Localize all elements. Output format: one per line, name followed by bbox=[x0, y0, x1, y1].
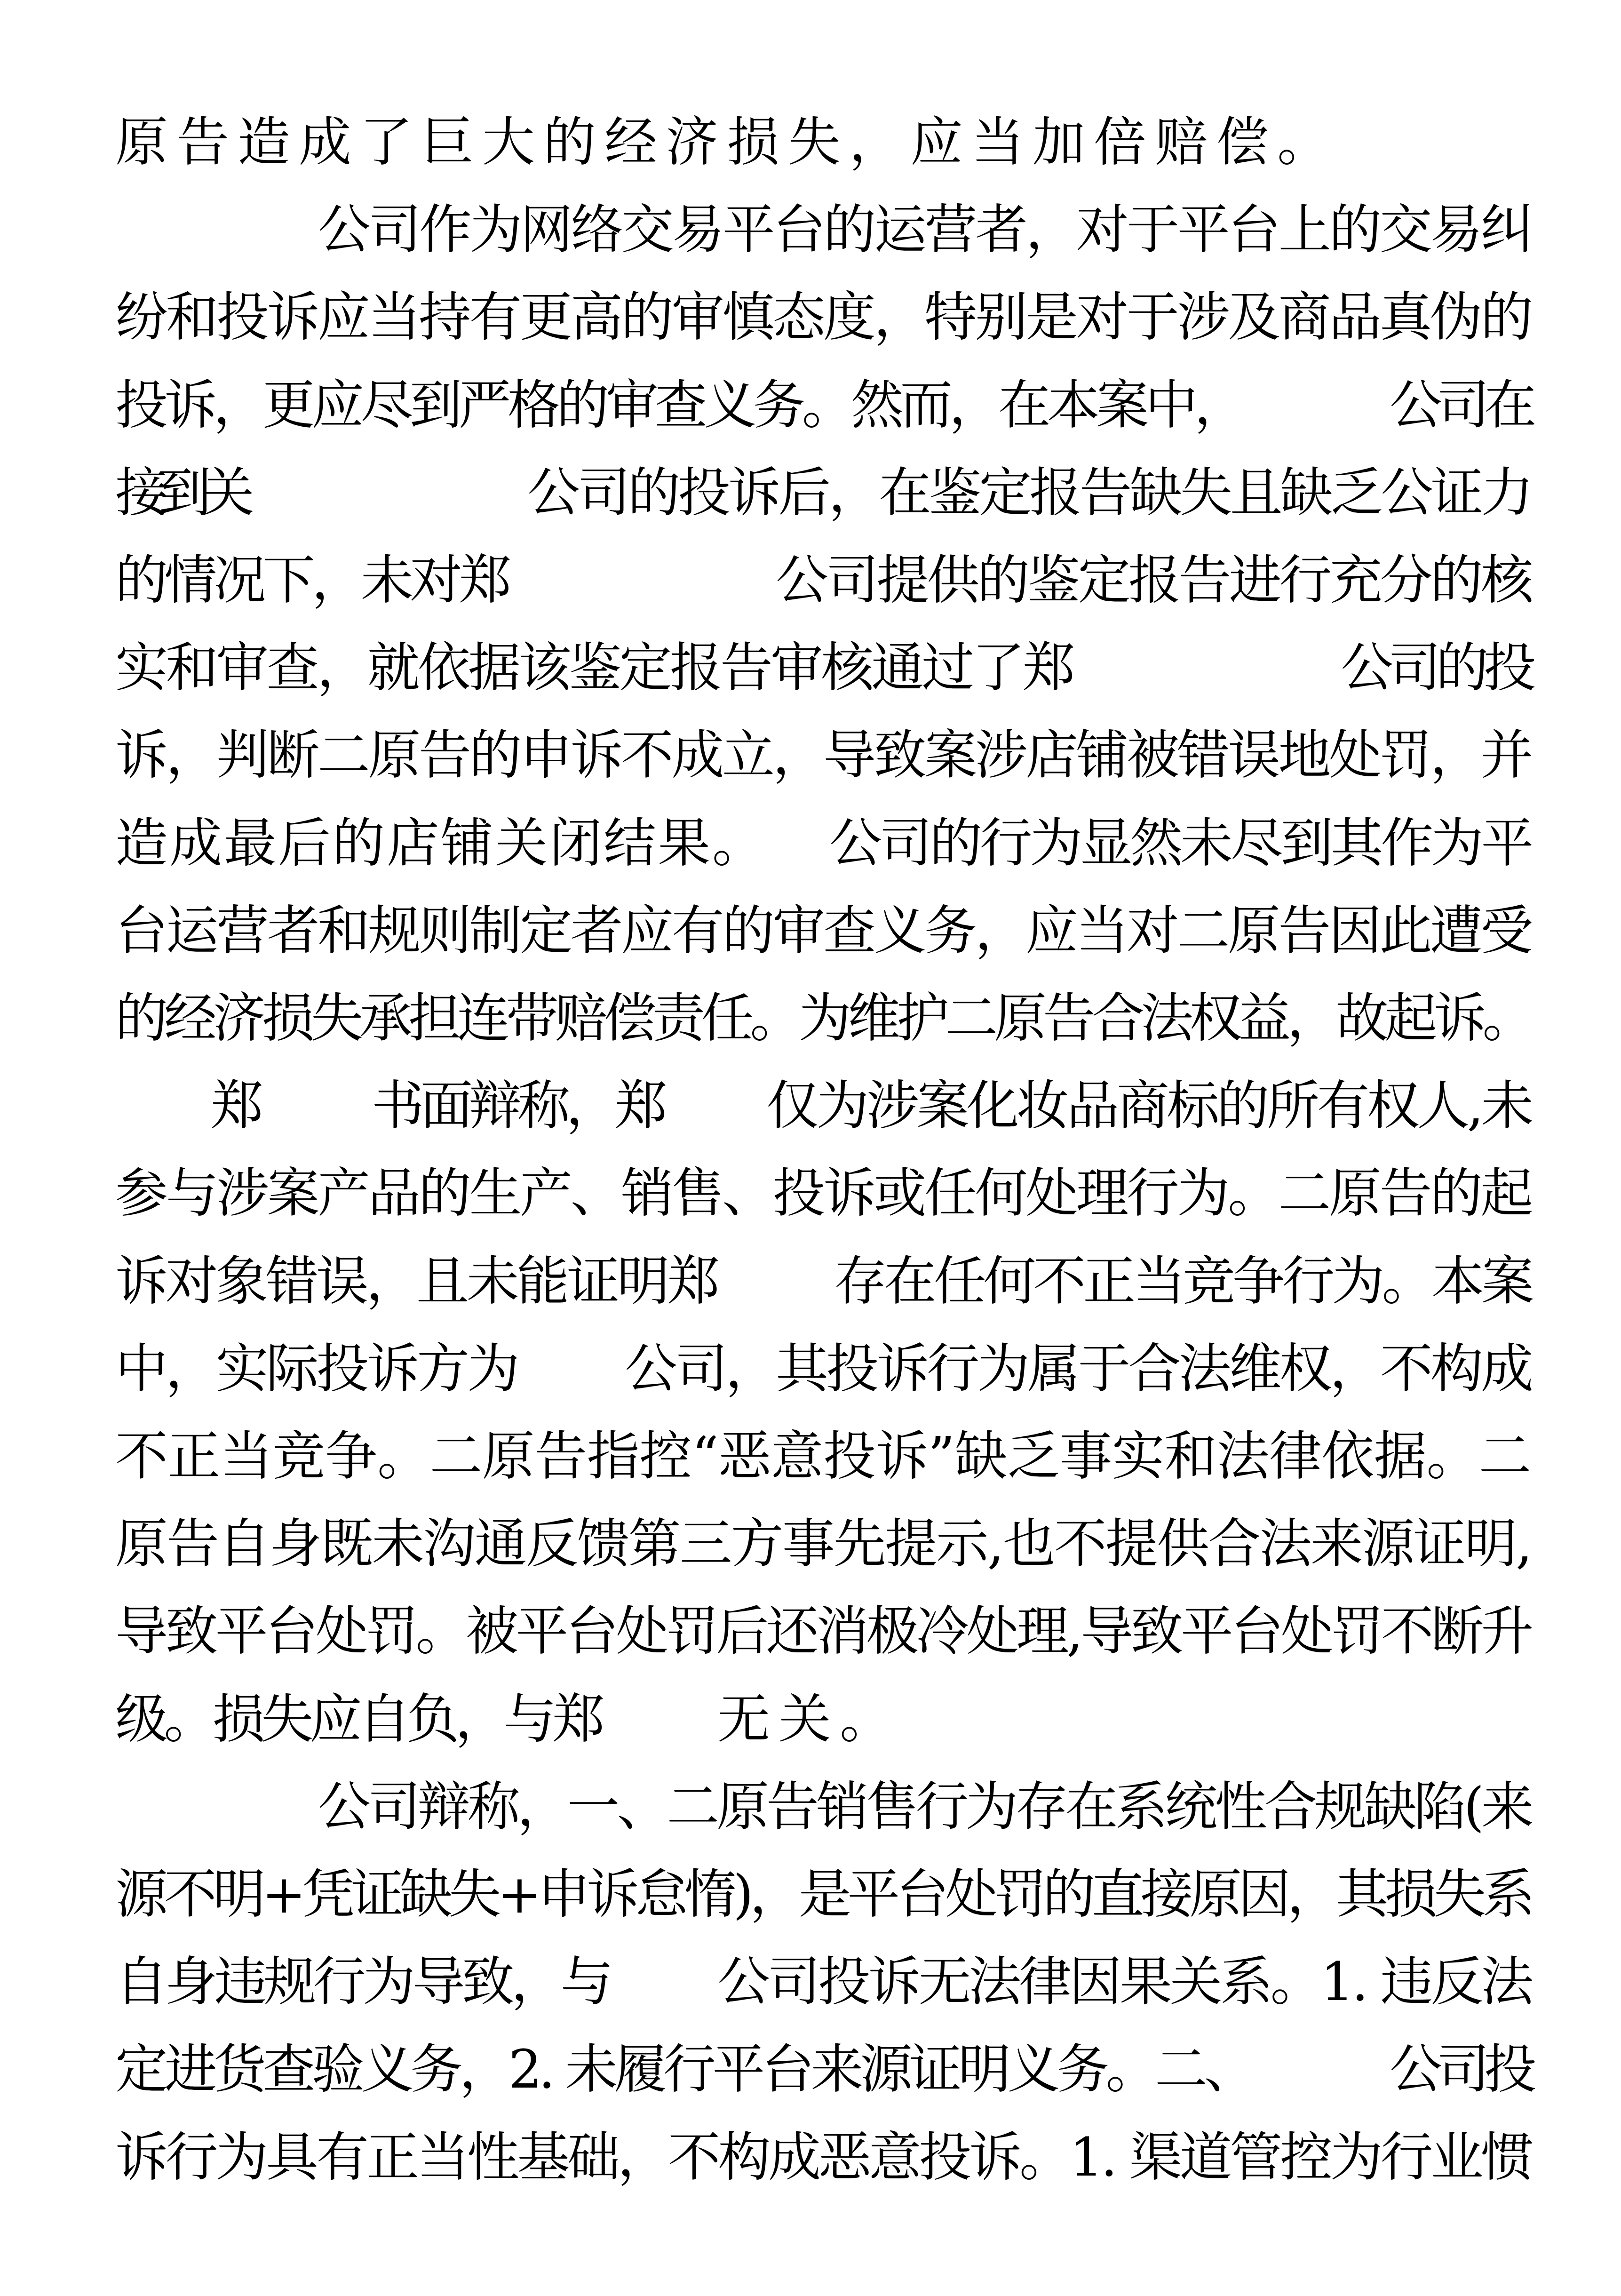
text-segment: 公司投诉无法律因果关系。1. 违反法 bbox=[717, 1938, 1531, 2026]
text-segment: 参与涉案产品的生产、销售、投诉或任何处理行为。二原告的起 bbox=[115, 1150, 1531, 1237]
text-segment: 源不明+凭证缺失+申诉怠惰)，是平台处罚的直接原因，其损失系 bbox=[115, 1851, 1531, 1938]
text-segment: 的情况下，未对郑 bbox=[115, 537, 508, 624]
text-line: 的情况下，未对郑公司提供的鉴定报告进行充分的核 bbox=[0, 537, 1621, 624]
text-line: 实和审查，就依据该鉴定报告审核通过了郑公司的投 bbox=[0, 624, 1621, 712]
text-segment: 无关。 bbox=[717, 1676, 901, 1763]
document-page: 原告造成了巨大的经济损失，应当加倍赔偿。公司作为网络交易平台的运营者，对于平台上… bbox=[0, 0, 1621, 2296]
text-line: 自身违规行为导致，与公司投诉无法律因果关系。1. 违反法 bbox=[0, 1938, 1621, 2026]
text-segment: 公司投 bbox=[1390, 2026, 1531, 2113]
text-line: 纷和投诉应当持有更高的审慎态度，特别是对于涉及商品真伪的 bbox=[0, 274, 1621, 361]
text-line: 原告自身既未沟通反馈第三方事先提示,也不提供合法来源证明, bbox=[0, 1500, 1621, 1588]
text-line: 公司辩称，一、二原告销售行为存在系统性合规缺陷(来 bbox=[0, 1763, 1621, 1851]
text-line: 诉对象错误，且未能证明郑存在任何不正当竞争行为。本案 bbox=[0, 1238, 1621, 1325]
text-line: 导致平台处罚。被平台处罚后还消极冷处理,导致平台处罚不断升 bbox=[0, 1588, 1621, 1675]
text-segment: 公司作为网络交易平台的运营者，对于平台上的交易纠 bbox=[318, 186, 1531, 274]
text-segment: 公司的投诉后，在鉴定报告缺失且缺乏公证力 bbox=[527, 449, 1531, 537]
text-segment: 定进货查验义务，2. 未履行平台来源证明义务。二、 bbox=[115, 2026, 1253, 2113]
text-segment: 级。损失应自负，与郑 bbox=[115, 1676, 601, 1763]
text-line: 级。损失应自负，与郑无关。 bbox=[0, 1676, 1621, 1763]
text-segment: 郑 bbox=[211, 1062, 262, 1150]
text-segment: 实和审查，就依据该鉴定报告审核通过了郑 bbox=[115, 624, 1073, 712]
text-segment: 自身违规行为导致，与 bbox=[115, 1938, 610, 2026]
text-line: 原告造成了巨大的经济损失，应当加倍赔偿。 bbox=[0, 99, 1621, 186]
text-segment: 诉对象错误，且未能证明郑 bbox=[115, 1238, 717, 1325]
text-segment: 原告造成了巨大的经济损失，应当加倍赔偿。 bbox=[115, 99, 1338, 186]
text-line: 造成最后的店铺关闭结果。公司的行为显然未尽到其作为平 bbox=[0, 800, 1621, 887]
text-segment: 书面辩称，郑 bbox=[372, 1062, 663, 1150]
text-line: 中，实际投诉方为公司，其投诉行为属于合法维权，不构成 bbox=[0, 1325, 1621, 1413]
text-segment: 诉，判断二原告的申诉不成立，导致案涉店铺被错误地处罚，并 bbox=[115, 712, 1531, 799]
text-line: 参与涉案产品的生产、销售、投诉或任何处理行为。二原告的起 bbox=[0, 1150, 1621, 1237]
text-segment: 公司，其投诉行为属于合法维权，不构成 bbox=[625, 1325, 1531, 1413]
text-line: 定进货查验义务，2. 未履行平台来源证明义务。二、公司投 bbox=[0, 2026, 1621, 2113]
text-segment: 公司的投 bbox=[1341, 624, 1531, 712]
text-segment: 投诉，更应尽到严格的审查义务。然而，在本案中， bbox=[115, 362, 1243, 449]
text-segment: 中，实际投诉方为 bbox=[115, 1325, 517, 1413]
text-line: 不正当竞争。二原告指控“恶意投诉”缺乏事实和法律依据。二 bbox=[0, 1413, 1621, 1500]
text-segment: 原告自身既未沟通反馈第三方事先提示,也不提供合法来源证明, bbox=[115, 1500, 1531, 1588]
text-segment: 的经济损失承担连带赔偿责任。为维护二原告合法权益，故起诉。 bbox=[115, 975, 1531, 1062]
text-segment: 公司的行为显然未尽到其作为平 bbox=[829, 800, 1531, 887]
text-line: 诉，判断二原告的申诉不成立，导致案涉店铺被错误地处罚，并 bbox=[0, 712, 1621, 799]
text-segment: 不正当竞争。二原告指控“恶意投诉”缺乏事实和法律依据。二 bbox=[115, 1413, 1531, 1500]
text-line: 台运营者和规则制定者应有的审查义务，应当对二原告因此遭受 bbox=[0, 887, 1621, 975]
text-segment: 纷和投诉应当持有更高的审慎态度，特别是对于涉及商品真伪的 bbox=[115, 274, 1531, 361]
text-segment: 导致平台处罚。被平台处罚后还消极冷处理,导致平台处罚不断升 bbox=[115, 1588, 1531, 1675]
text-segment: 诉行为具有正当性基础，不构成恶意投诉。1. 渠道管控为行业惯 bbox=[115, 2114, 1531, 2201]
text-segment: 台运营者和规则制定者应有的审查义务，应当对二原告因此遭受 bbox=[115, 887, 1531, 975]
text-segment: 公司提供的鉴定报告进行充分的核 bbox=[776, 537, 1531, 624]
text-segment: 接到关 bbox=[115, 449, 245, 537]
text-line: 的经济损失承担连带赔偿责任。为维护二原告合法权益，故起诉。 bbox=[0, 975, 1621, 1062]
text-segment: 造成最后的店铺关闭结果。 bbox=[115, 800, 766, 887]
text-line: 接到关公司的投诉后，在鉴定报告缺失且缺乏公证力 bbox=[0, 449, 1621, 537]
text-line: 公司作为网络交易平台的运营者，对于平台上的交易纠 bbox=[0, 186, 1621, 274]
text-segment: 公司辩称，一、二原告销售行为存在系统性合规缺陷(来 bbox=[318, 1763, 1531, 1851]
text-line: 郑书面辩称，郑仅为涉案化妆品商标的所有权人,未 bbox=[0, 1062, 1621, 1150]
text-line: 投诉，更应尽到严格的审查义务。然而，在本案中，公司在 bbox=[0, 362, 1621, 449]
text-line: 源不明+凭证缺失+申诉怠惰)，是平台处罚的直接原因，其损失系 bbox=[0, 1851, 1621, 1938]
text-segment: 公司在 bbox=[1390, 362, 1531, 449]
text-segment: 存在任何不正当竞争行为。本案 bbox=[834, 1238, 1531, 1325]
text-segment: 仅为涉案化妆品商标的所有权人,未 bbox=[766, 1062, 1531, 1150]
text-line: 诉行为具有正当性基础，不构成恶意投诉。1. 渠道管控为行业惯 bbox=[0, 2114, 1621, 2201]
